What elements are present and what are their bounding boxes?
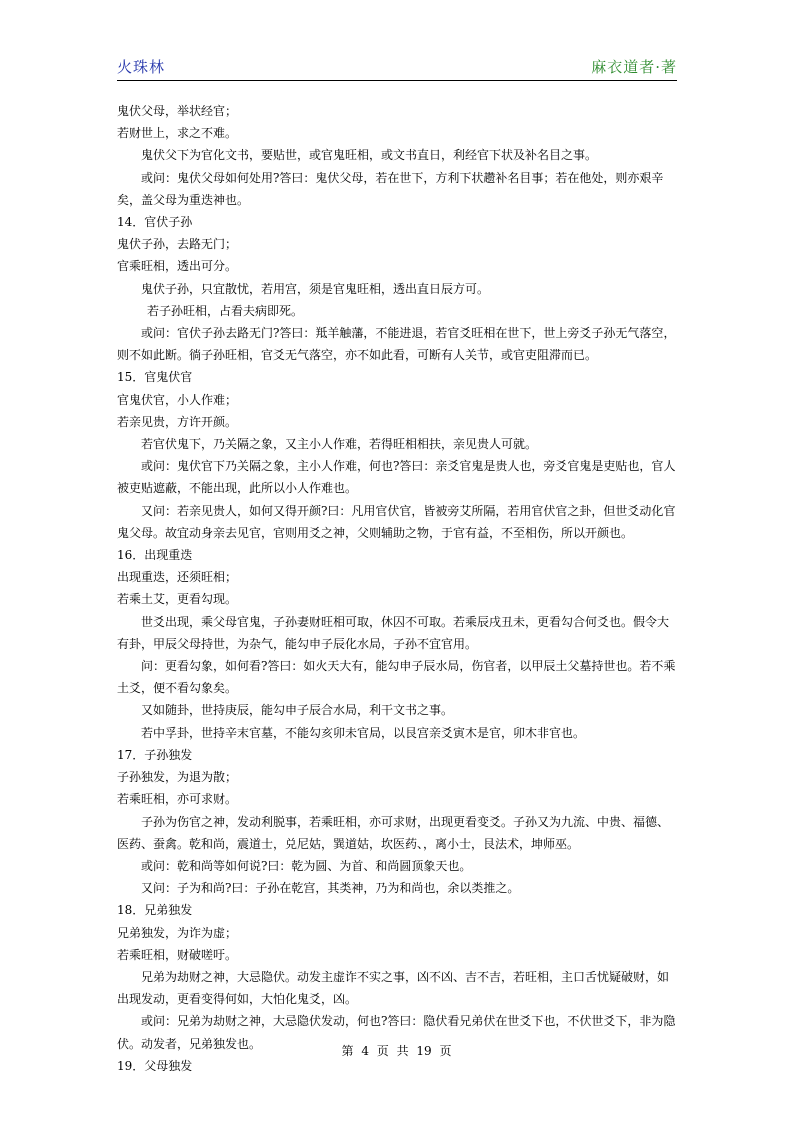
paragraph: 若亲见贵，方许开颜。: [117, 411, 680, 433]
paragraph: 若官伏鬼下，乃关隔之象，又主小人作难，若得旺相相扶，亲见贵人可就。: [117, 433, 680, 455]
document-author: 麻衣道者·著: [591, 56, 677, 77]
section-heading: 15．官鬼伏官: [117, 366, 680, 388]
paragraph: 或问：乾和尚等如何说?曰：乾为圆、为首、和尚圆顶象天也。: [117, 855, 680, 877]
paragraph: 鬼伏子孙，只宜散忧，若用宫，须是官鬼旺相，透出直日辰方可。: [117, 278, 680, 300]
paragraph: 兄弟独发，为诈为虚；: [117, 922, 680, 944]
paragraph: 又问：子为和尚?曰：子孙在乾宫，其类神，乃为和尚也，余以类推之。: [117, 877, 680, 899]
section-heading: 17．子孙独发: [117, 744, 680, 766]
paragraph: 官鬼伏官，小人作难；: [117, 389, 680, 411]
paragraph: 若乘土艾，更看勾现。: [117, 588, 680, 610]
paragraph: 若子孙旺相，占看夫病即死。: [117, 300, 680, 322]
section-heading: 18．兄弟独发: [117, 899, 680, 921]
paragraph: 出现重迭，还须旺相；: [117, 566, 680, 588]
paragraph: 或问：官伏子孙去路无门?答曰：羝羊触藩，不能进退，若官爻旺相在世下，世上旁爻子孙…: [117, 322, 680, 366]
paragraph: 鬼伏子孙，去路无门；: [117, 233, 680, 255]
paragraph: 或问：鬼伏官下乃关隔之象，主小人作难，何也?答曰：亲爻官鬼是贵人也，旁爻官鬼是吏…: [117, 455, 680, 499]
paragraph: 世爻出现，乘父母官鬼，子孙妻财旺相可取，休囚不可取。若乘辰戌丑未，更看勾合何爻也…: [117, 611, 680, 655]
paragraph: 问：更看勾象，如何看?答曰：如火天大有，能勾申子辰水局，伤官者，以甲辰土父墓持世…: [117, 655, 680, 699]
paragraph: 鬼伏父下为官化文书，要贴世，或官鬼旺相，或文书直日，利经官下状及补名目之事。: [117, 144, 680, 166]
paragraph: 若财世上，求之不难。: [117, 122, 680, 144]
section-heading: 14．官伏子孙: [117, 211, 680, 233]
document-title: 火珠林: [117, 56, 165, 77]
paragraph: 官乘旺相，透出可分。: [117, 255, 680, 277]
paragraph: 若乘旺相，亦可求财。: [117, 788, 680, 810]
page-header: 火珠林 麻衣道者·著: [117, 54, 677, 81]
paragraph: 兄弟为劫财之神，大忌隐伏。动发主虚诈不实之事，凶不凶、吉不吉，若旺相，主口舌忧疑…: [117, 966, 680, 1010]
paragraph: 若乘旺相，财破嗟吁。: [117, 944, 680, 966]
paragraph: 鬼伏父母，举状经官；: [117, 100, 680, 122]
section-heading: 16．出现重迭: [117, 544, 680, 566]
paragraph: 若中孚卦，世持辛末官墓，不能勾亥卯未官局，以艮宫亲爻寅木是官，卯木非官也。: [117, 722, 680, 744]
paragraph: 又问：若亲见贵人，如何又得开颜?曰：凡用官伏官，皆被旁艾所隔，若用官伏官之卦，但…: [117, 500, 680, 544]
paragraph: 子孙独发，为退为散；: [117, 766, 680, 788]
paragraph: 或问：鬼伏父母如何处用?答曰：鬼伏父母，若在世下，方利下状趱补名目事；若在他处，…: [117, 167, 680, 211]
paragraph: 子孙为伤官之神，发动利脱事，若乘旺相，亦可求财，出现更看变爻。子孙又为九流、中贵…: [117, 811, 680, 855]
document-body: 鬼伏父母，举状经官；若财世上，求之不难。鬼伏父下为官化文书，要贴世，或官鬼旺相，…: [117, 100, 680, 1077]
paragraph: 又如随卦，世持庚辰，能勾申子辰合水局，利干文书之事。: [117, 699, 680, 721]
page-number: 第 4 页 共 19 页: [0, 1042, 793, 1059]
